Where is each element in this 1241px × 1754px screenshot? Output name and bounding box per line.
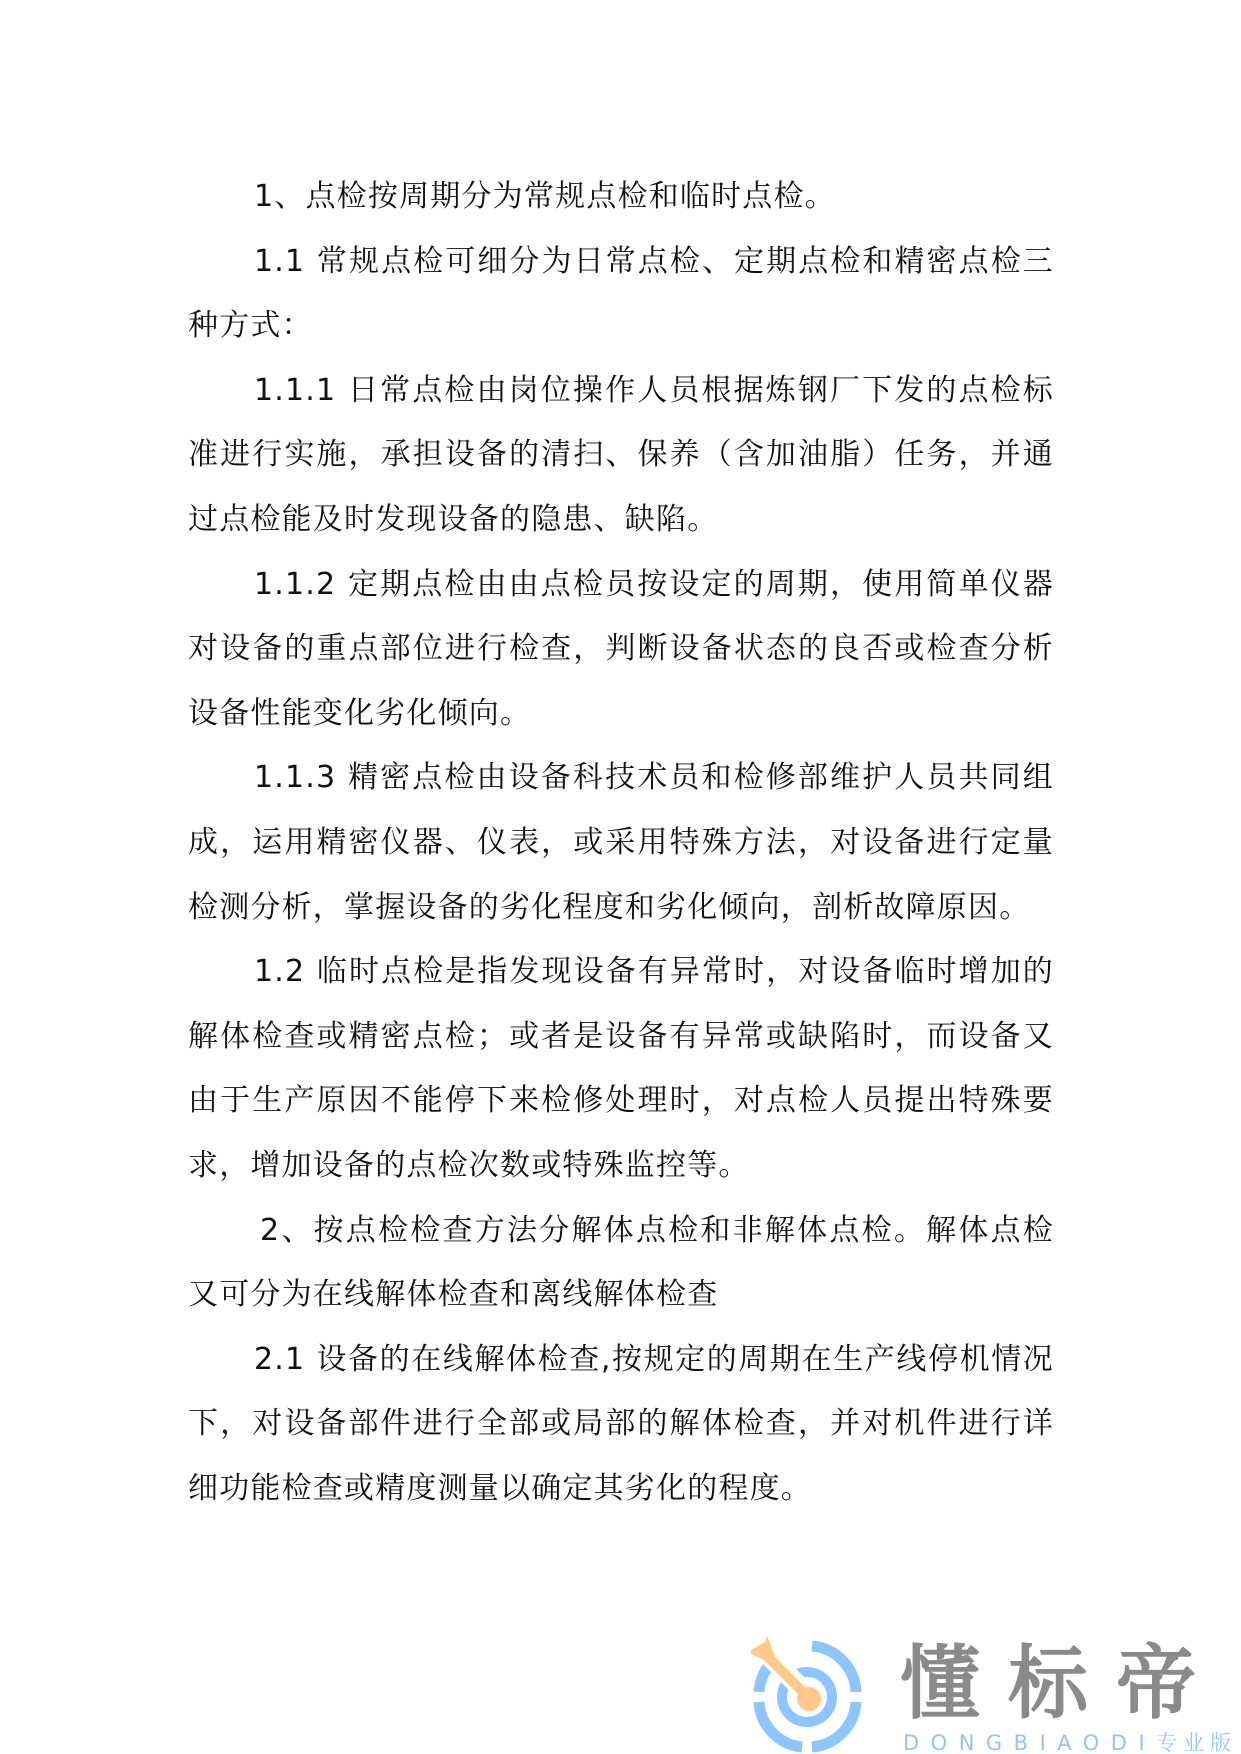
paragraph-2: 2、按点检检查方法分解体点检和非解体点检。解体点检又可分为在线解体检查和离线解体… [188, 1199, 1054, 1328]
brand-name-latin: DONGBIAODI [903, 1731, 1156, 1754]
paragraph-1-1-1: 1.1.1 日常点检由岗位操作人员根据炼钢厂下发的点检标准进行实施，承担设备的清… [188, 359, 1054, 553]
paragraph-1-1-2: 1.1.2 定期点检由由点检员按设定的周期，使用简单仪器对设备的重点部位进行检查… [188, 553, 1054, 747]
paragraph-2-1: 2.1 设备的在线解体检查,按规定的周期在生产线停机情况下，对设备部件进行全部或… [188, 1328, 1054, 1522]
paragraph-1-1-3: 1.1.3 精密点检由设备科技术员和检修部维护人员共同组成，运用精密仪器、仪表，… [188, 746, 1054, 940]
brand-name-en: DONGBIAODI专业版 [903, 1732, 1237, 1754]
brand-name-cn: 懂标帝 [900, 1644, 1224, 1724]
watermark-logo: 懂标帝 DONGBIAODI专业版 [745, 1632, 1241, 1754]
paragraph-1-1: 1.1 常规点检可细分为日常点检、定期点检和精密点检三种方式： [188, 230, 1054, 359]
target-arrow-icon [745, 1632, 870, 1754]
paragraph-1-2: 1.2 临时点检是指发现设备有异常时，对设备临时增加的解体检查或精密点检；或者是… [188, 940, 1054, 1198]
paragraph-1: 1、点检按周期分为常规点检和临时点检。 [188, 165, 1054, 230]
edition-label: 专业版 [1156, 1731, 1237, 1754]
document-page: 1、点检按周期分为常规点检和临时点检。 1.1 常规点检可细分为日常点检、定期点… [188, 165, 1054, 1521]
